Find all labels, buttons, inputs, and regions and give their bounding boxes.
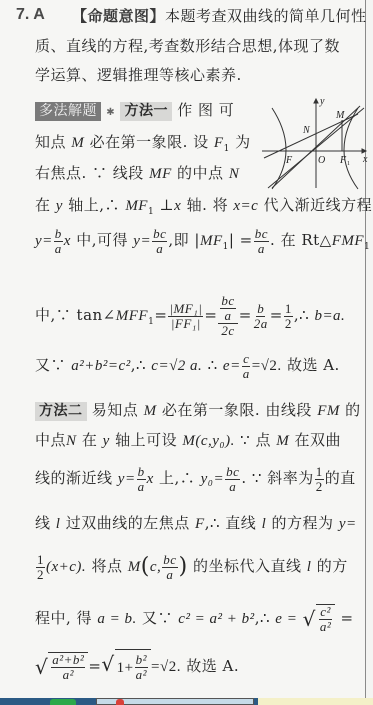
denominator: 2c (220, 324, 235, 338)
problem-number: 7. A (16, 6, 45, 24)
denominator: a² (319, 620, 332, 634)
var: F (214, 135, 224, 151)
var: (x+c). (46, 559, 86, 575)
numerator: a²+b² (51, 653, 85, 668)
sqrt-body: 1+b²a² (115, 649, 151, 686)
var: N (66, 433, 77, 449)
var: MF (125, 198, 148, 214)
text: | = (229, 231, 253, 249)
text: 程中, 得 (35, 609, 92, 627)
var: =√2. (151, 659, 181, 675)
text: ∴ (208, 356, 218, 374)
method2-line-7: √a²+b²a²=√1+b²a²=√2. 故选 A. (35, 648, 239, 686)
method1-line-6: 中,∵ tan∠MFF1=|MF₁||FF₁|=bca2c=b2a=12,∴ b… (35, 285, 345, 352)
text: 必在第一象限. 设 (90, 133, 209, 151)
var: y (56, 198, 63, 214)
taskbar-window-icon (116, 699, 124, 705)
var: F (195, 516, 205, 532)
text: ,∴ (255, 609, 270, 627)
denominator: 2 (36, 568, 45, 582)
denominator: 2 (315, 480, 324, 494)
numerator: bc (162, 553, 177, 568)
text: . ∵ 斜率为 (241, 469, 313, 487)
var: M (276, 433, 289, 449)
text: ,∴ (131, 356, 146, 374)
numerator: b (256, 302, 265, 317)
text: = (341, 609, 354, 627)
var: x=c (233, 198, 258, 214)
fraction: bca (254, 227, 269, 256)
inner-fraction: bca (220, 294, 235, 323)
var: MFF (116, 308, 148, 324)
x-axis-label: x (362, 154, 368, 165)
text: 线 (35, 514, 51, 532)
fraction: 12 (36, 553, 45, 582)
var: x (174, 198, 181, 214)
text: 的方 (317, 557, 348, 575)
text: 轴上,∴ (68, 196, 120, 214)
numerator: c (242, 352, 250, 367)
text: = (154, 306, 167, 324)
text: 轴上可设 (115, 431, 177, 449)
text: 必在第一象限. 由线段 (162, 401, 312, 419)
paren-close: ) (179, 554, 188, 579)
var: c=√2 a. (151, 358, 202, 374)
numerator: bc (220, 294, 235, 309)
method1-line-2: 知点 M 必在第一象限. 设 F1 为 (35, 132, 251, 159)
method1-line-3: 右焦点. ∵ 线段 MF 的中点 N (35, 163, 239, 184)
fraction: b²a² (135, 653, 148, 682)
fraction: 12 (315, 465, 324, 494)
var: l (262, 516, 267, 532)
var: y (103, 433, 110, 449)
var: N (229, 166, 240, 182)
intent-text: 本题考查双曲线的简单几何性 (165, 7, 367, 25)
text: 作 图 可 (177, 101, 234, 119)
text: = (88, 657, 101, 675)
sqrt: √1+b²a² (101, 649, 151, 686)
intent-line-2: 质、直线的方程,考查数形结合思想,体现了数 (35, 36, 340, 56)
text: ,∴ (294, 306, 309, 324)
numerator: bc (152, 227, 167, 242)
sqrt-body: c²a² (316, 604, 335, 634)
var: y₀= (201, 471, 225, 487)
fraction: bca (225, 465, 240, 494)
radical-sign: √ (303, 604, 316, 634)
taskbar-window-button-2[interactable] (258, 698, 373, 705)
sqrt: √a²+b²a² (35, 652, 88, 682)
fraction: ba (54, 227, 63, 256)
text: 轴. 将 (187, 196, 229, 214)
text: 为 (235, 133, 251, 151)
text: 在双曲 (295, 431, 342, 449)
method1-line-5: y=bax 中,可得 y=bca,即 |MF1| =bca. 在 Rt△FMF1 (35, 225, 370, 262)
denominator: a (54, 242, 63, 256)
var: a²+b²=c² (71, 358, 130, 374)
intent-label: 【命题意图】 (72, 7, 165, 25)
numerator: |MF₁| (168, 302, 203, 317)
text: 上,∴ (159, 469, 195, 487)
text: 知点 (35, 133, 66, 151)
var: FMF (332, 233, 364, 249)
text: 右焦点. ∵ 线段 (35, 164, 144, 182)
text: 将点 (91, 557, 122, 575)
text: 的方程为 (272, 514, 334, 532)
var: MF (200, 233, 223, 249)
multi-method-badge: 多法解题 (35, 102, 101, 121)
text: 故选 A. (186, 657, 239, 675)
text: 的坐标代入直线 (193, 557, 302, 575)
fraction: a²+b²a² (51, 653, 85, 682)
point-n-label: N (302, 125, 311, 136)
var: l (56, 516, 61, 532)
radical-sign: √ (35, 652, 48, 682)
method2-line-3: 线的渐近线 y=bax 上,∴ y₀=bca. ∵ 斜率为12的直 (35, 460, 356, 497)
denominator: a (257, 242, 266, 256)
var: y= (133, 233, 151, 249)
denominator: a² (135, 668, 148, 682)
taskbar-app-icon[interactable] (50, 699, 76, 705)
numerator: b (137, 465, 146, 480)
text: 在 (35, 196, 51, 214)
fraction: bca (152, 227, 167, 256)
var: =√2. (252, 358, 282, 374)
var: c² = a² + b² (178, 611, 254, 627)
numerator: b² (135, 653, 148, 668)
text: 的直 (325, 469, 356, 487)
text: 故选 A. (287, 356, 340, 374)
numerator: 1 (284, 302, 293, 317)
var: M (128, 559, 141, 575)
text: 的中点 (177, 164, 224, 182)
fraction: bca (162, 553, 177, 582)
denominator: a (224, 309, 233, 323)
y-axis-label: y (319, 96, 325, 107)
text: 的 (345, 401, 361, 419)
sub: 1 (364, 242, 370, 252)
numerator: bca (218, 294, 237, 324)
point-m-label: M (335, 110, 345, 121)
var: y= (118, 471, 136, 487)
point-f-label: F (285, 155, 293, 166)
hyperbola-diagram: y x M N F O F 1 (250, 96, 370, 192)
hyperbola-right-branch (344, 108, 358, 189)
var: 1+ (117, 650, 134, 686)
text: 中点 (35, 431, 66, 449)
complex-fraction: bca2c (218, 294, 237, 338)
text: 线的渐近线 (35, 469, 113, 487)
denominator: a (165, 568, 174, 582)
numerator: 1 (36, 553, 45, 568)
text: 在 (82, 431, 98, 449)
denominator: a (155, 242, 164, 256)
numerator: 1 (315, 465, 324, 480)
numerator: bc (225, 465, 240, 480)
var: M (144, 403, 157, 419)
numerator: b (54, 227, 63, 242)
var: y= (35, 233, 53, 249)
text: 又∵ (35, 356, 66, 374)
origin-label: O (318, 155, 325, 166)
point-f1-label: F (339, 155, 347, 166)
denominator: a (242, 367, 251, 381)
text: 中,∵ tan∠ (35, 306, 116, 324)
text: ⊥ (160, 196, 175, 214)
intent-line-1: 【命题意图】本题考查双曲线的简单几何性 (72, 6, 367, 26)
sqrt: √c²a² (303, 604, 336, 634)
sub: 1 (148, 207, 154, 217)
fraction: b2a (253, 302, 269, 331)
sqrt-body: a²+b²a² (48, 652, 88, 682)
var: FM (317, 403, 340, 419)
var: e = (275, 611, 297, 627)
text: 代入渐近线方程 (264, 196, 373, 214)
var: x (147, 471, 154, 487)
numerator: c² (319, 605, 332, 620)
method2-line-6: 程中, 得 a = b. 又∵ c² = a² + b²,∴ e = √c²a²… (35, 600, 354, 637)
text: . 在 Rt△ (270, 231, 332, 249)
var: y= (339, 516, 357, 532)
text: ∵ 点 (240, 431, 271, 449)
var: M (71, 135, 84, 151)
method2-line-5: 12(x+c). 将点 M(c,bca) 的坐标代入直线 l 的方 (35, 548, 348, 585)
denominator: 2 (284, 317, 293, 331)
text: 又∵ (142, 609, 173, 627)
text: 中,可得 (76, 231, 128, 249)
denominator: a (137, 480, 146, 494)
method2-line-4: 线 l 过双曲线的左焦点 F,∴ 直线 l 的方程为 y= (35, 513, 357, 534)
var: a = b. (97, 611, 136, 627)
method1-line-4: 在 y 轴上,∴ MF1 ⊥x 轴. 将 x=c 代入渐近线方程 (35, 195, 372, 222)
denominator: a (228, 480, 237, 494)
fraction: ba (137, 465, 146, 494)
fraction: ca (242, 352, 251, 381)
var: x (64, 233, 71, 249)
numerator: bc (254, 227, 269, 242)
y-axis-arrow (314, 99, 318, 103)
denominator: |FF₁| (170, 317, 202, 331)
method1-line-1: 多法解题 ✱ 方法一 作 图 可 (35, 100, 234, 123)
denominator: a² (62, 668, 75, 682)
text: 易知点 (92, 401, 139, 419)
method1-line-7: 又∵ a²+b²=c²,∴ c=√2 a. ∴ e=ca=√2. 故选 A. (35, 350, 340, 381)
fraction: |MF₁||FF₁| (168, 302, 203, 331)
fraction: c²a² (319, 605, 332, 634)
denominator: 2a (253, 317, 269, 331)
sparkle-icon: ✱ (106, 107, 115, 118)
paren-open: ( (141, 554, 150, 579)
text: 过双曲线的左焦点 (66, 514, 190, 532)
method1-badge: 方法一 (120, 102, 172, 121)
var: M(c,y₀). (182, 433, 235, 449)
var: MF (149, 166, 172, 182)
sub: 1 (224, 144, 230, 154)
point-f1-sub: 1 (347, 161, 350, 167)
radical-sign: √ (101, 649, 114, 686)
x-axis-arrow (362, 149, 366, 153)
var: l (307, 559, 312, 575)
var: c, (150, 559, 161, 575)
var: e= (223, 358, 241, 374)
var: b=a. (314, 308, 345, 324)
text: ,即 | (168, 231, 200, 249)
method2-line-2: 中点N 在 y 轴上可设 M(c,y₀). ∵ 点 M 在双曲 (35, 430, 341, 451)
method2-badge: 方法二 (35, 402, 87, 421)
intent-line-3: 学运算、逻辑推理等核心素养. (35, 65, 242, 85)
text: ,∴ 直线 (205, 514, 257, 532)
answer-page: 7. A 【命题意图】本题考查双曲线的简单几何性 质、直线的方程,考查数形结合思… (0, 0, 366, 700)
fraction: 12 (284, 302, 293, 331)
method2-line-1: 方法二 易知点 M 必在第一象限. 由线段 FM 的 (35, 400, 361, 421)
